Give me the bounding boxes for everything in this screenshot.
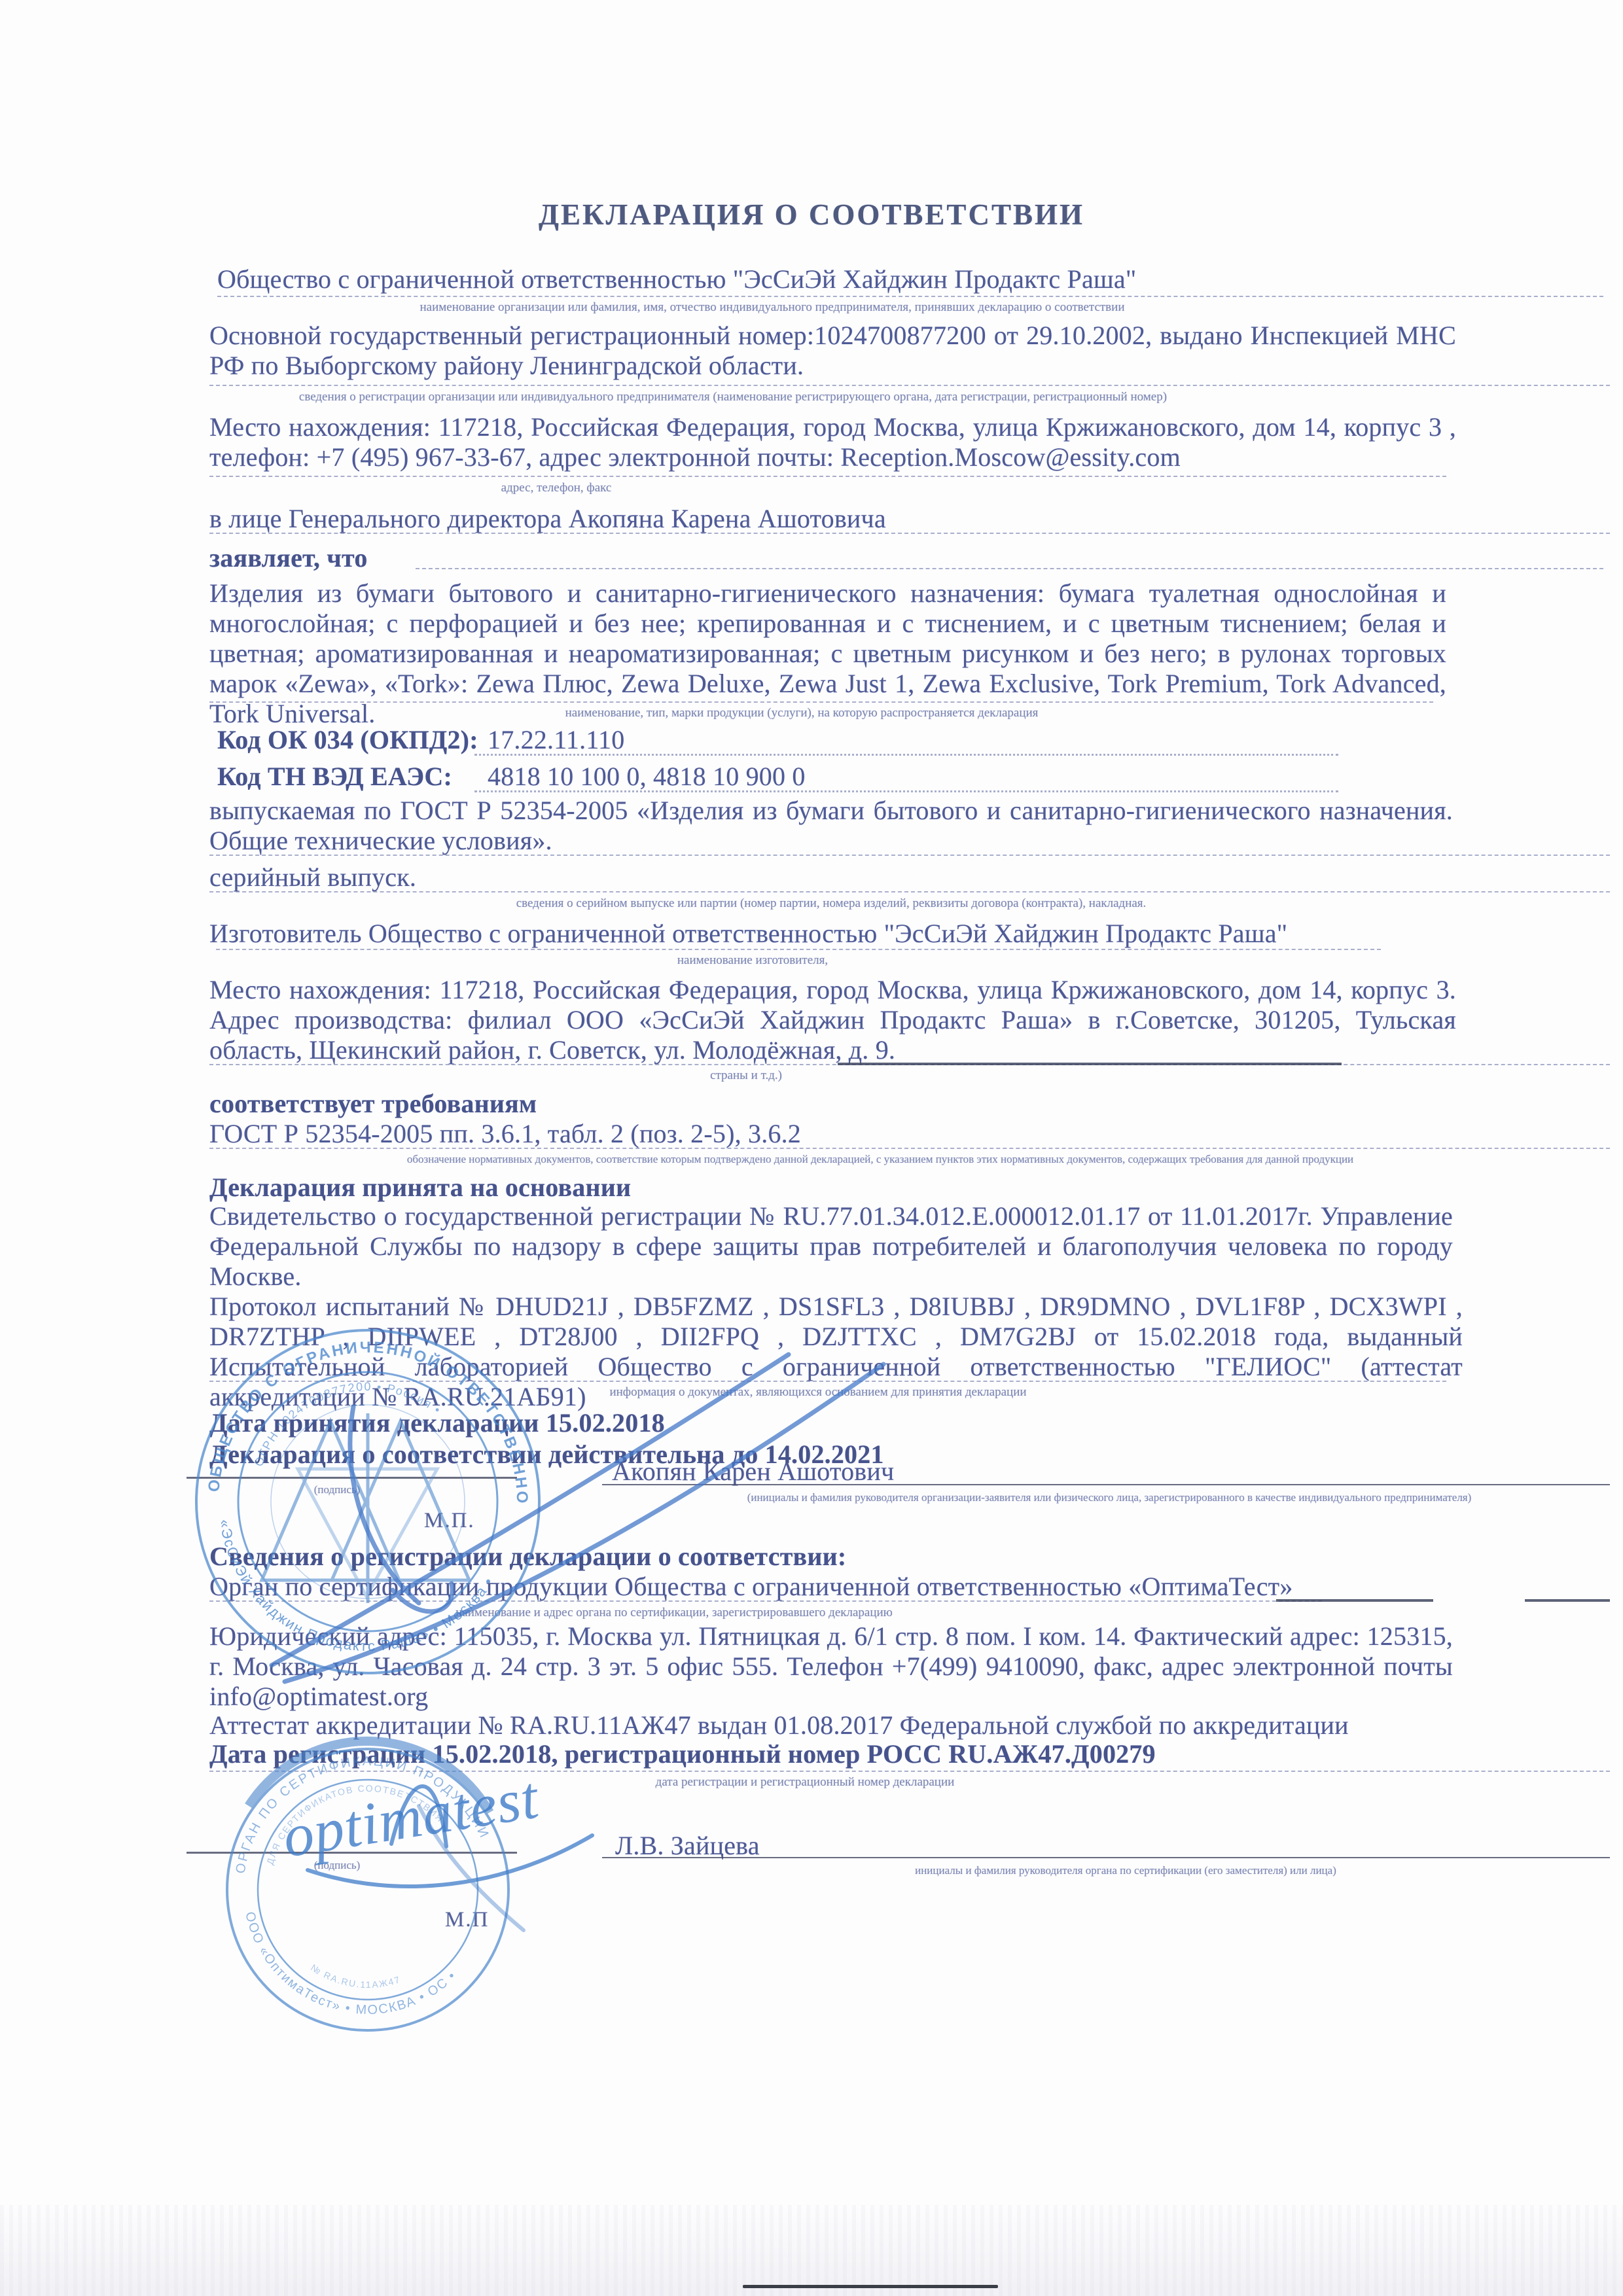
manufacturer-caption: наименование изготовителя, — [458, 953, 1047, 968]
basis-caption: информация о документах, являющихся осно… — [491, 1385, 1145, 1400]
declares-line: заявляет, что — [209, 543, 368, 573]
svg-text:ОРГАН ПО СЕРТИФИКАЦИИ ПРОДУКЦИ: ОРГАН ПО СЕРТИФИКАЦИИ ПРОДУКЦИИ — [234, 1754, 492, 1875]
basis-certificate: Свидетельство о государственной регистра… — [209, 1201, 1453, 1292]
dark-line-segment — [838, 1063, 1342, 1065]
dark-line-segment-3 — [1525, 1599, 1610, 1602]
manufacturer-address: Место нахождения: 117218, Российская Фед… — [209, 975, 1456, 1065]
certification-body-address: Юридический адрес: 115035, г. Москва ул.… — [209, 1621, 1453, 1712]
tnved-label: Код ТН ВЭД ЕАЭС: — [217, 762, 452, 792]
document-title: ДЕКЛАРАЦИЯ О СООТВЕТСТВИИ — [0, 198, 1623, 232]
certification-body-caption: наименование и адрес органа по сертифика… — [380, 1606, 969, 1620]
manufacturer-name: Изготовитель Общество с ограниченной отв… — [209, 919, 1453, 949]
svg-text:ООО «ОптимаТест» • МОСКВА • ОС: ООО «ОптимаТест» • МОСКВА • ОС • — [242, 1911, 459, 2018]
basis-heading: Декларация принята на основании — [209, 1173, 631, 1203]
signature-line-certifier — [187, 1852, 517, 1854]
serial-line: серийный выпуск. — [209, 862, 416, 892]
adoption-date-line: Дата принятия декларации 15.02.2018 — [209, 1408, 665, 1438]
rule-serial — [209, 891, 1610, 892]
rule-compliance — [209, 1148, 1610, 1149]
manufacturer-address-caption: страны и т.д.) — [622, 1069, 870, 1083]
director-line: в лице Генерального директора Акопяна Ка… — [209, 504, 1453, 534]
rule-okpd — [474, 754, 1338, 756]
optimatest-arc-inner-bottom: № RA.RU.11АЖ47 — [309, 1962, 402, 1990]
rule-product — [209, 701, 1433, 703]
serial-caption: сведения о серийном выпуске или партии (… — [406, 896, 1257, 911]
declarant-name: Общество с ограниченной ответственностью… — [217, 264, 1461, 294]
compliance-caption: обозначение нормативных документов, соот… — [275, 1152, 1486, 1167]
rule-declares — [416, 568, 1603, 569]
rule-director — [209, 533, 1610, 534]
rule-registration-date — [209, 1771, 1610, 1772]
stamp-place-label-1: М.П. — [424, 1509, 475, 1533]
tnved-value: 4818 10 100 0, 4818 10 900 0 — [488, 762, 806, 792]
declarant-signature-caption: (инициалы и фамилия руководителя организ… — [612, 1491, 1607, 1505]
rule-ogrn — [209, 385, 1610, 386]
declarant-ogrn: Основной государственный регистрационный… — [209, 321, 1456, 381]
registration-heading: Сведения о регистрации декларации о соот… — [209, 1542, 846, 1572]
declarant-name-caption: наименование организации или фамилия, им… — [327, 300, 1217, 315]
svg-text:№ RA.RU.11АЖ47: № RA.RU.11АЖ47 — [309, 1962, 402, 1990]
optimatest-arc-bottom: ООО «ОптимаТест» • МОСКВА • ОС • — [242, 1911, 459, 2018]
accreditation-line: Аттестат аккредитации № RA.RU.11АЖ47 выд… — [209, 1710, 1492, 1740]
gost-released: выпускаемая по ГОСТ Р 52354-2005 «Издели… — [209, 796, 1453, 856]
stamp-place-label-2: М.П — [445, 1908, 489, 1932]
dark-line-segment-2 — [1276, 1599, 1433, 1602]
registration-date-line: Дата регистрации 15.02.2018, регистрацио… — [209, 1739, 1492, 1769]
ogrn-caption: сведения о регистрации организации или и… — [223, 390, 1243, 404]
sign-label-1: (подпись) — [272, 1483, 402, 1497]
certification-body: Орган по сертификации продукции Общества… — [209, 1572, 1492, 1602]
name-line-declarant — [602, 1484, 1610, 1485]
scan-edge-artifact — [743, 2285, 998, 2288]
optimatest-arc-top: ОРГАН ПО СЕРТИФИКАЦИИ ПРОДУКЦИИ — [234, 1754, 492, 1875]
sign-label-2: (подпись) — [272, 1858, 402, 1873]
okpd-label: Код ОК 034 (ОКПД2): — [217, 725, 478, 755]
okpd-value: 17.22.11.110 — [488, 725, 624, 755]
declarant-address: Место нахождения: 117218, Российская Фед… — [209, 412, 1456, 472]
product-caption: наименование, тип, марки продукции (услу… — [366, 706, 1237, 720]
address-caption: адрес, телефон, факс — [393, 481, 720, 495]
compliance-heading: соответствует требованиям — [209, 1089, 537, 1119]
signature-line-declarant — [187, 1477, 517, 1479]
rule-declarant-name — [217, 296, 1603, 297]
rule-tnved — [474, 790, 1338, 792]
declaration-document: ДЕКЛАРАЦИЯ О СООТВЕТСТВИИ Общество с огр… — [0, 0, 1623, 2296]
scan-noise-band — [0, 2205, 1623, 2296]
certifier-signature-caption: инициалы и фамилия руководителя органа п… — [654, 1863, 1597, 1878]
rule-gost-released — [209, 855, 1610, 856]
declarant-signatory-name: Акопян Карен Ашотович — [612, 1457, 894, 1487]
rule-manufacturer — [216, 949, 1381, 950]
rule-address — [209, 476, 1446, 477]
name-line-certifier — [602, 1857, 1610, 1858]
compliance-standards: ГОСТ Р 52354-2005 пп. 3.6.1, табл. 2 (по… — [209, 1119, 801, 1149]
registration-date-caption: дата регистрации и регистрационный номер… — [445, 1775, 1165, 1790]
rule-basis — [209, 1381, 1446, 1382]
rule-certification-body — [209, 1600, 1322, 1602]
